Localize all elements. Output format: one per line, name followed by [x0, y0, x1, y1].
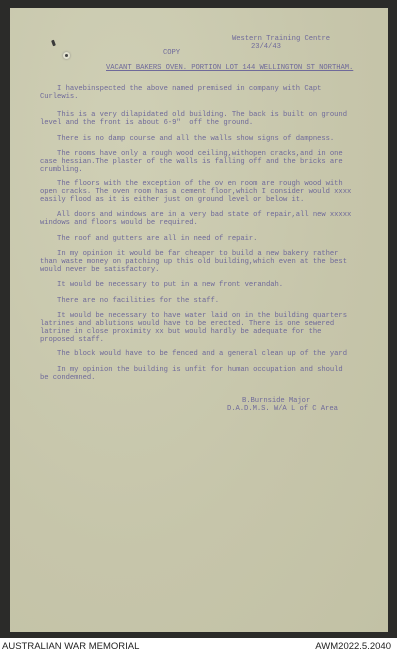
signature-title: D.A.D.M.S. W/A L of C Area — [227, 405, 338, 413]
paragraph: It would be necessary to have water laid… — [40, 312, 347, 344]
paragraph: In my opinion the building is unfit for … — [40, 366, 343, 382]
signature-name: B.Burnside Major — [242, 397, 310, 405]
punch-hole — [63, 52, 70, 59]
copy-label: COPY — [163, 49, 180, 57]
paragraph: The floors with the exception of the ov … — [40, 180, 351, 204]
paragraph: It would be necessary to put in a new fr… — [40, 281, 283, 289]
institution-label: AUSTRALIAN WAR MEMORIAL — [2, 641, 139, 652]
paragraph: The block would have to be fenced and a … — [40, 350, 347, 358]
document-page: Western Training Centre 23/4/43 COPY VAC… — [10, 8, 388, 632]
paragraph: All doors and windows are in a very bad … — [40, 211, 351, 227]
punch-mark — [51, 40, 56, 47]
header-org: Western Training Centre — [232, 35, 330, 43]
paragraph: This is a very dilapidated old building.… — [40, 111, 347, 127]
paragraph: The roof and gutters are all in need of … — [40, 235, 257, 243]
paragraph: There are no facilities for the staff. — [40, 297, 219, 305]
document-date: 23/4/43 — [251, 43, 281, 51]
paragraph: The rooms have only a rough wood ceiling… — [40, 150, 343, 174]
accession-number: AWM2022.5.2040 — [315, 641, 391, 652]
paragraph: There is no damp course and all the wall… — [40, 135, 334, 143]
paragraph: In my opinion it would be far cheaper to… — [40, 250, 347, 274]
document-title: VACANT BAKERS OVEN. PORTION LOT 144 WELL… — [106, 64, 353, 72]
paragraph: I havebinspected the above named premise… — [40, 85, 321, 101]
